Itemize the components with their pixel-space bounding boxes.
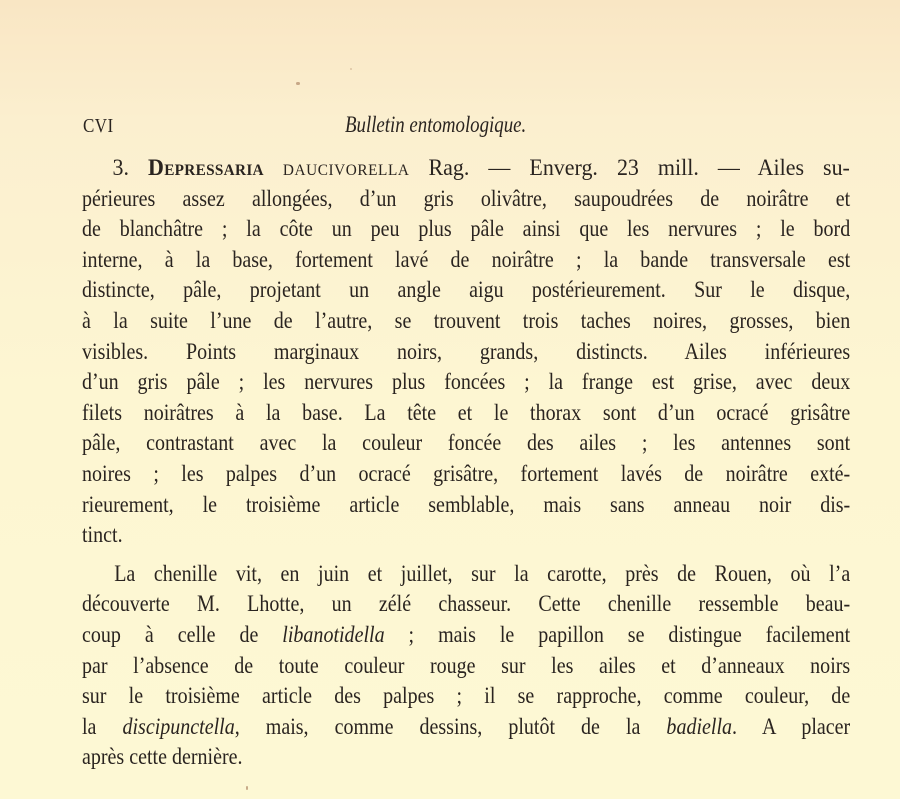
species-paragraph: 3. Depressaria daucivorella Rag. — Enver… [82,153,850,551]
text-fragment: distincte, pâle, projetant un angle aigu… [82,275,850,306]
text-fragment: par l’absence de toute couleur rouge sur… [82,651,850,682]
species-reference: discipunctella [122,714,234,739]
running-head: Bulletin entomologique. [345,112,526,138]
text-fragment: d’un gris pâle ; les nervures plus foncé… [82,367,850,398]
text-line: coup à celle de libanotidella ; mais le … [82,620,850,651]
text-line: après cette dernière. [82,742,850,773]
text-line: rieurement, le troisième article semblab… [82,490,850,521]
dash: — [718,155,740,180]
text-fragment: la [82,714,122,739]
text-fragment: à la suite l’une de l’autre, se trouvent… [82,306,850,337]
text-fragment: coup à celle de [82,622,282,647]
text-line: par l’absence de toute couleur rouge sur… [82,651,850,682]
text-fragment: La chenille vit, en juin et juillet, sur… [114,559,850,590]
text-line: distincte, pâle, projetant un angle aigu… [82,275,850,306]
text-fragment: noires ; les palpes d’un ocracé grisâtre… [82,459,850,490]
text-fragment: Ailes su- [758,155,850,180]
author-abbrev: Rag. [429,155,470,180]
dash: — [488,155,510,180]
text-line: à la suite l’une de l’autre, se trouvent… [82,306,850,337]
text-fragment: ; mais le papillon se distingue facileme… [385,622,851,647]
text-line: visibles. Points marginaux noirs, grands… [82,337,850,368]
species-reference: badiella [666,714,732,739]
page-header: CVI Bulletin entomologique. [0,112,900,142]
text-fragment: pâle, contrastant avec la couleur foncée… [82,428,850,459]
text-fragment: découverte M. Lhotte, un zélé chasseur. … [82,589,850,620]
text-fragment: interne, à la base, fortement lavé de no… [82,245,850,276]
species-name: daucivorella [283,155,410,180]
text-fragment: rieurement, le troisième article semblab… [82,490,850,521]
text-fragment: visibles. Points marginaux noirs, grands… [82,337,850,368]
text-line: d’un gris pâle ; les nervures plus foncé… [82,367,850,398]
paper-speck [246,786,248,790]
text-line: découverte M. Lhotte, un zélé chasseur. … [82,589,850,620]
caterpillar-paragraph: La chenille vit, en juin et juillet, sur… [82,559,850,773]
text-line: noires ; les palpes d’un ocracé grisâtre… [82,459,850,490]
paragraph-gap [82,551,850,559]
text-fragment: après cette dernière. [82,742,850,773]
text-line: La chenille vit, en juin et juillet, sur… [82,559,850,590]
text-line: périeures assez allongées, d’un gris oli… [82,184,850,215]
text-line: interne, à la base, fortement lavé de no… [82,245,850,276]
text-line: pâle, contrastant avec la couleur foncée… [82,428,850,459]
entry-number: 3. [113,155,129,180]
wingspan: Enverg. 23 mill. [529,155,698,180]
paper-speck [296,82,300,85]
text-fragment: , mais, comme dessins, plutôt de la [235,714,667,739]
text-line: de blanchâtre ; la côte un peu plus pâle… [82,214,850,245]
text-fragment: tinct. [82,520,850,551]
text-fragment: périeures assez allongées, d’un gris oli… [82,184,850,215]
paper-speck [350,68,352,70]
text-line: tinct. [82,520,850,551]
text-fragment: filets noirâtres à la base. La tête et l… [82,398,850,429]
text-line: sur le troisième article des palpes ; il… [82,681,850,712]
page-number: CVI [83,115,114,138]
text-fragment: . A placer [732,714,850,739]
text-fragment: sur le troisième article des palpes ; il… [82,681,850,712]
text-line: 3. Depressaria daucivorella Rag. — Enver… [82,153,850,184]
species-reference: libanotidella [282,622,384,647]
genus-name: Depressaria [148,155,264,180]
text-line: filets noirâtres à la base. La tête et l… [82,398,850,429]
page-body: 3. Depressaria daucivorella Rag. — Enver… [82,153,850,773]
text-line: la discipunctella, mais, comme dessins, … [82,712,850,743]
text-fragment: de blanchâtre ; la côte un peu plus pâle… [82,214,850,245]
